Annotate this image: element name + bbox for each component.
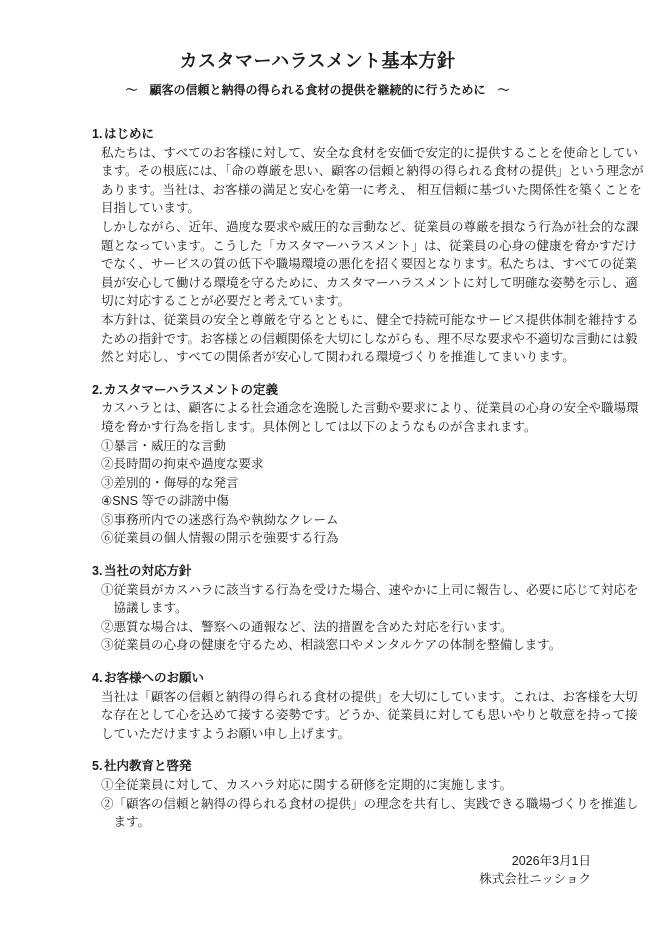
section-4-title: お客様へのお願い	[104, 671, 204, 685]
section-3-body: ①従業員がカスハラに該当する行為を受けた場合、速やかに上司に報告し、必要に応じて…	[92, 581, 646, 655]
list-item: ②悪質な場合は、警察への通報など、法的措置を含めた対応を行います。	[101, 618, 646, 637]
document-header: カスタマーハラスメント基本方針 ～ 顧客の信頼と納得の得られる食材の提供を継続的…	[0, 48, 671, 99]
paragraph: 当社は「顧客の信頼と納得の得られる食材の提供」を大切にしています。これは、お客様…	[101, 688, 646, 744]
section-1-title: はじめに	[104, 127, 154, 141]
section-4-request-to-customers: 4.お客様へのお願い 当社は「顧客の信頼と納得の得られる食材の提供」を大切にして…	[0, 669, 671, 743]
section-3-response-policy: 3.当社の対応方針 ①従業員がカスハラに該当する行為を受けた場合、速やかに上司に…	[0, 562, 671, 655]
section-4-number: 4.	[92, 669, 104, 688]
section-5-internal-education: 5.社内教育と啓発 ①全従業員に対して、カスハラ対応に関する研修を定期的に実施し…	[0, 757, 671, 831]
section-1-heading: 1.はじめに	[92, 125, 671, 144]
list-item: ①全従業員に対して、カスハラ対応に関する研修を定期的に実施します。	[101, 776, 646, 795]
footer-company: 株式会社ニッショク	[0, 870, 591, 889]
document-page: カスタマーハラスメント基本方針 ～ 顧客の信頼と納得の得られる食材の提供を継続的…	[0, 0, 671, 949]
section-2-heading: 2.カスタマーハラスメントの定義	[92, 381, 671, 400]
section-2-title: カスタマーハラスメントの定義	[104, 383, 278, 397]
section-1-introduction: 1.はじめに 私たちは、すべてのお客様に対して、安全な食材を安価で安定的に提供す…	[0, 125, 671, 367]
section-3-number: 3.	[92, 562, 104, 581]
section-5-number: 5.	[92, 757, 104, 776]
paragraph: カスハラとは、顧客による社会通念を逸脱した言動や要求により、従業員の心身の安全や…	[101, 399, 646, 436]
document-footer: 2026年3月1日 株式会社ニッショク	[0, 852, 671, 889]
section-5-heading: 5.社内教育と啓発	[92, 757, 671, 776]
section-4-heading: 4.お客様へのお願い	[92, 669, 671, 688]
section-2-body: カスハラとは、顧客による社会通念を逸脱した言動や要求により、従業員の心身の安全や…	[92, 399, 646, 548]
section-1-body: 私たちは、すべてのお客様に対して、安全な食材を安価で安定的に提供することを使命と…	[92, 144, 646, 367]
list-item: ②「顧客の信頼と納得の得られる食材の提供」の理念を共有し、実践できる職場づくりを…	[101, 795, 646, 832]
paragraph: 本方針は、従業員の安全と尊厳を守るとともに、健全で持続可能なサービス提供体制を維…	[101, 311, 646, 367]
section-3-heading: 3.当社の対応方針	[92, 562, 671, 581]
section-3-title: 当社の対応方針	[104, 564, 192, 578]
document-title: カスタマーハラスメント基本方針	[0, 48, 635, 74]
list-item: ⑥従業員の個人情報の開示を強要する行為	[101, 529, 646, 548]
section-2-definition: 2.カスタマーハラスメントの定義 カスハラとは、顧客による社会通念を逸脱した言動…	[0, 381, 671, 548]
list-item: ④SNS 等での誹謗中傷	[101, 492, 646, 511]
list-item: ③従業員の心身の健康を守るため、相談窓口やメンタルケアの体制を整備します。	[101, 636, 646, 655]
paragraph: 私たちは、すべてのお客様に対して、安全な食材を安価で安定的に提供することを使命と…	[101, 144, 646, 218]
section-5-body: ①全従業員に対して、カスハラ対応に関する研修を定期的に実施します。 ②「顧客の信…	[92, 776, 646, 832]
paragraph: しかしながら、近年、過度な要求や威圧的な言動など、従業員の尊厳を損なう行為が社会…	[101, 218, 646, 311]
section-1-number: 1.	[92, 125, 104, 144]
list-item: ②長時間の拘束や過度な要求	[101, 455, 646, 474]
footer-date: 2026年3月1日	[0, 852, 591, 871]
list-item: ①従業員がカスハラに該当する行為を受けた場合、速やかに上司に報告し、必要に応じて…	[101, 581, 646, 618]
list-item: ⑤事務所内での迷惑行為や執拗なクレーム	[101, 511, 646, 530]
document-subtitle: ～ 顧客の信頼と納得の得られる食材の提供を継続的に行うために ～	[0, 81, 635, 99]
section-2-number: 2.	[92, 381, 104, 400]
list-item: ①暴言・威圧的な言動	[101, 437, 646, 456]
section-4-body: 当社は「顧客の信頼と納得の得られる食材の提供」を大切にしています。これは、お客様…	[92, 688, 646, 744]
list-item: ③差別的・侮辱的な発言	[101, 474, 646, 493]
section-5-title: 社内教育と啓発	[104, 759, 192, 773]
